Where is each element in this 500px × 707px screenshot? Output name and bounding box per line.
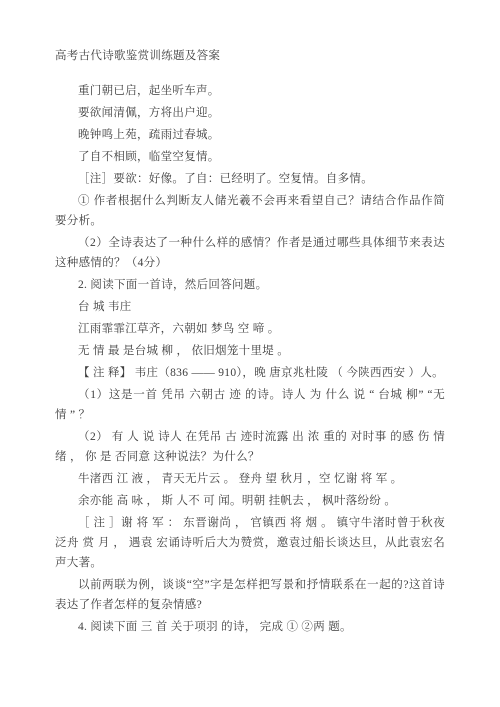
poem-line: 余亦能 高 咏 ， 斯 人不 可 闻。明朝 挂帆去 ， 枫叶落纷纷 。 xyxy=(55,491,445,511)
note: ［注］要欲：好像。了自：已经明了。空复情。自多情。 xyxy=(55,169,445,189)
doc-title: 高考古代诗歌鉴赏训练题及答案 xyxy=(55,46,445,66)
question: （1）这是一首 凭吊 六朝古 迹 的诗。诗人 为 什么 说 “ 台城 柳” “无… xyxy=(55,385,445,425)
note: 【 注 释】 韦庄（836 —— 910），晚 唐京兆杜陵 （ 今陕西西安 ）人… xyxy=(55,363,445,383)
note: ［ 注 ］谢 将 军 ： 东晋谢尚 ， 官镇西 将 烟 。 镇守牛渚时曾于秋夜泛… xyxy=(55,513,445,573)
question: （2） 有 人 说 诗人 在凭吊 古 迹时流露 出 浓 重的 对时事 的感 伤 … xyxy=(55,427,445,467)
poem-line: 无 情 最 是台城 柳 ， 依旧烟笼十里堤 。 xyxy=(55,341,445,361)
section-header: 4. 阅读下面 三 首 关于项羽 的诗， 完成 ① ②两 题。 xyxy=(55,617,445,637)
poem-line: 了自不相顾，临堂空复情。 xyxy=(55,147,445,167)
document-page: 高考古代诗歌鉴赏训练题及答案 重门朝已启，起坐听车声。 要欲闻清佩，方将出户迎。… xyxy=(0,0,500,707)
poem-title: 台 城 韦庄 xyxy=(55,297,445,317)
question: ① 作者根据什么判断友人储光羲不会再来看望自己？请结合作品作简要分析。 xyxy=(55,191,445,231)
poem-line: 重门朝已启，起坐听车声。 xyxy=(55,81,445,101)
section-header: 2. 阅读下面一首诗，然后回答问题。 xyxy=(55,275,445,295)
poem-line: 要欲闻清佩，方将出户迎。 xyxy=(55,103,445,123)
question: 以前两联为例，谈谈“空”字是怎样把写景和抒情联系在一起的?这首诗表达了作者怎样的… xyxy=(55,575,445,615)
poem-line: 牛渚西 江 液 ， 青天无片云 。 登舟 望 秋月 ，空 忆谢 将 军 。 xyxy=(55,469,445,489)
poem-line: 江雨霏霏江草齐，六朝如 梦鸟 空 啼 。 xyxy=(55,319,445,339)
question: （2）全诗表达了一种什么样的感情？作者是通过哪些具体细节来表达这种感情的？（4分… xyxy=(55,233,445,273)
poem-line: 晚钟鸣上苑，疏雨过春城。 xyxy=(55,125,445,145)
